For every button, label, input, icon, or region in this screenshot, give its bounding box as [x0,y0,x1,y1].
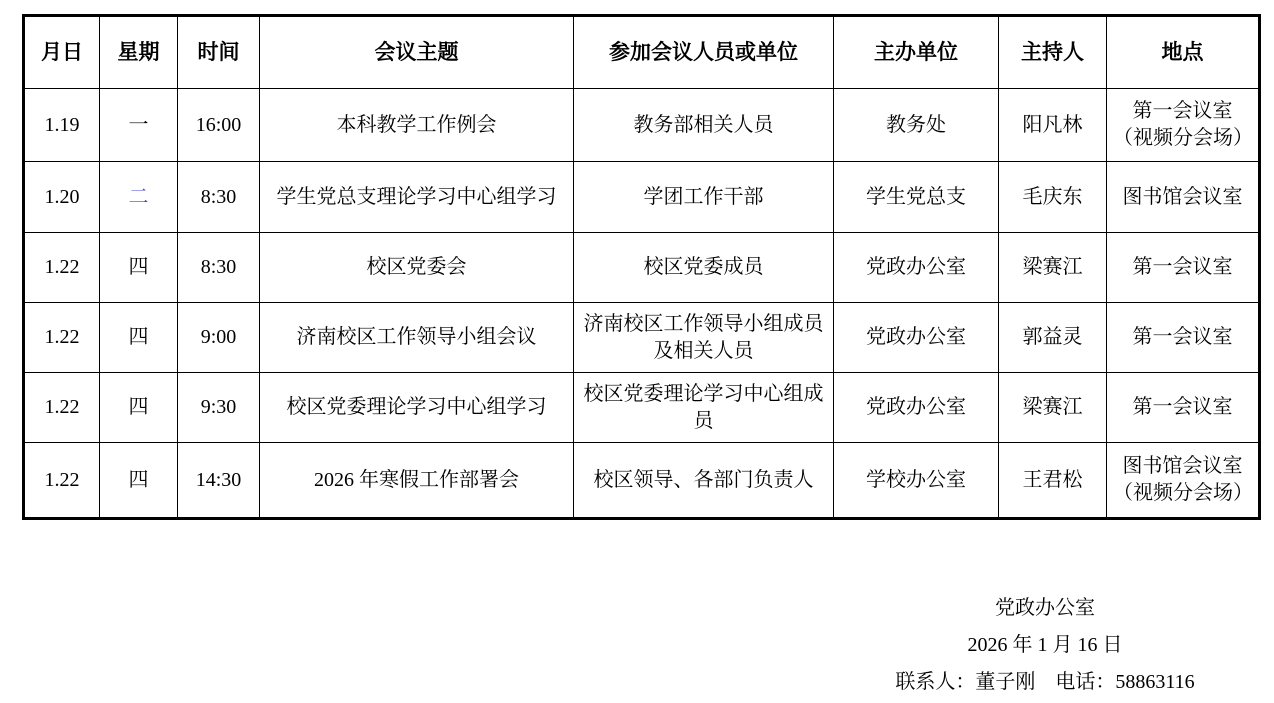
weekday-cell: 四 [100,303,178,373]
table-row: 1.19 一 16:00 本科教学工作例会 教务部相关人员 教务处 阳凡林 第一… [24,89,1260,162]
host-cell: 梁赛江 [999,373,1107,443]
header-organizer: 主办单位 [834,16,999,89]
date-cell: 1.19 [24,89,100,162]
header-location: 地点 [1107,16,1260,89]
table-row: 1.22 四 8:30 校区党委会 校区党委成员 党政办公室 梁赛江 第一会议室 [24,233,1260,303]
weekday-cell: 一 [100,89,178,162]
host-cell: 毛庆东 [999,162,1107,233]
location-cell: 第一会议室 [1107,303,1260,373]
header-host: 主持人 [999,16,1107,89]
organizer-cell: 学校办公室 [834,443,999,519]
host-cell: 阳凡林 [999,89,1107,162]
topic-cell: 济南校区工作领导小组会议 [260,303,574,373]
location-cell: 第一会议室 [1107,233,1260,303]
contact-info: 联系人：董子刚 电话：58863116 [830,672,1260,692]
participants-cell: 济南校区工作领导小组成员及相关人员 [574,303,834,373]
table-row: 1.22 四 9:00 济南校区工作领导小组会议 济南校区工作领导小组成员及相关… [24,303,1260,373]
table-row: 1.22 四 14:30 2026 年寒假工作部署会 校区领导、各部门负责人 学… [24,443,1260,519]
time-cell: 9:30 [178,373,260,443]
table-row: 1.22 四 9:30 校区党委理论学习中心组学习 校区党委理论学习中心组成员 … [24,373,1260,443]
date-cell: 1.22 [24,303,100,373]
location-cell: 第一会议室 [1107,373,1260,443]
organizer-cell: 党政办公室 [834,303,999,373]
table-row: 1.20 二 8:30 学生党总支理论学习中心组学习 学团工作干部 学生党总支 … [24,162,1260,233]
organizer-cell: 党政办公室 [834,233,999,303]
header-participants: 参加会议人员或单位 [574,16,834,89]
date-cell: 1.22 [24,233,100,303]
weekday-cell: 四 [100,233,178,303]
location-cell: 图书馆会议室 （视频分会场） [1107,443,1260,519]
host-cell: 梁赛江 [999,233,1107,303]
date-cell: 1.22 [24,373,100,443]
organizer-cell: 党政办公室 [834,373,999,443]
header-weekday: 星期 [100,16,178,89]
signature-date: 2026 年 1 月 16 日 [830,635,1260,655]
topic-cell: 校区党委理论学习中心组学习 [260,373,574,443]
location-cell: 图书馆会议室 [1107,162,1260,233]
time-cell: 8:30 [178,233,260,303]
participants-cell: 校区党委成员 [574,233,834,303]
date-cell: 1.22 [24,443,100,519]
topic-cell: 校区党委会 [260,233,574,303]
signature-block: 党政办公室 2026 年 1 月 16 日 联系人：董子刚 电话：5886311… [830,598,1260,692]
time-cell: 16:00 [178,89,260,162]
organizer-cell: 教务处 [834,89,999,162]
topic-cell: 学生党总支理论学习中心组学习 [260,162,574,233]
table-header-row: 月日 星期 时间 会议主题 参加会议人员或单位 主办单位 主持人 地点 [24,16,1260,89]
participants-cell: 学团工作干部 [574,162,834,233]
header-time: 时间 [178,16,260,89]
weekday-cell: 二 [100,162,178,233]
header-date: 月日 [24,16,100,89]
signature-office: 党政办公室 [830,598,1260,618]
topic-cell: 本科教学工作例会 [260,89,574,162]
weekday-cell: 四 [100,373,178,443]
time-cell: 8:30 [178,162,260,233]
participants-cell: 校区党委理论学习中心组成员 [574,373,834,443]
participants-cell: 教务部相关人员 [574,89,834,162]
weekday-cell: 四 [100,443,178,519]
host-cell: 郭益灵 [999,303,1107,373]
location-cell: 第一会议室 （视频分会场） [1107,89,1260,162]
host-cell: 王君松 [999,443,1107,519]
date-cell: 1.20 [24,162,100,233]
time-cell: 14:30 [178,443,260,519]
meeting-schedule-table: 月日 星期 时间 会议主题 参加会议人员或单位 主办单位 主持人 地点 1.19… [22,14,1261,520]
organizer-cell: 学生党总支 [834,162,999,233]
participants-cell: 校区领导、各部门负责人 [574,443,834,519]
header-topic: 会议主题 [260,16,574,89]
topic-cell: 2026 年寒假工作部署会 [260,443,574,519]
time-cell: 9:00 [178,303,260,373]
